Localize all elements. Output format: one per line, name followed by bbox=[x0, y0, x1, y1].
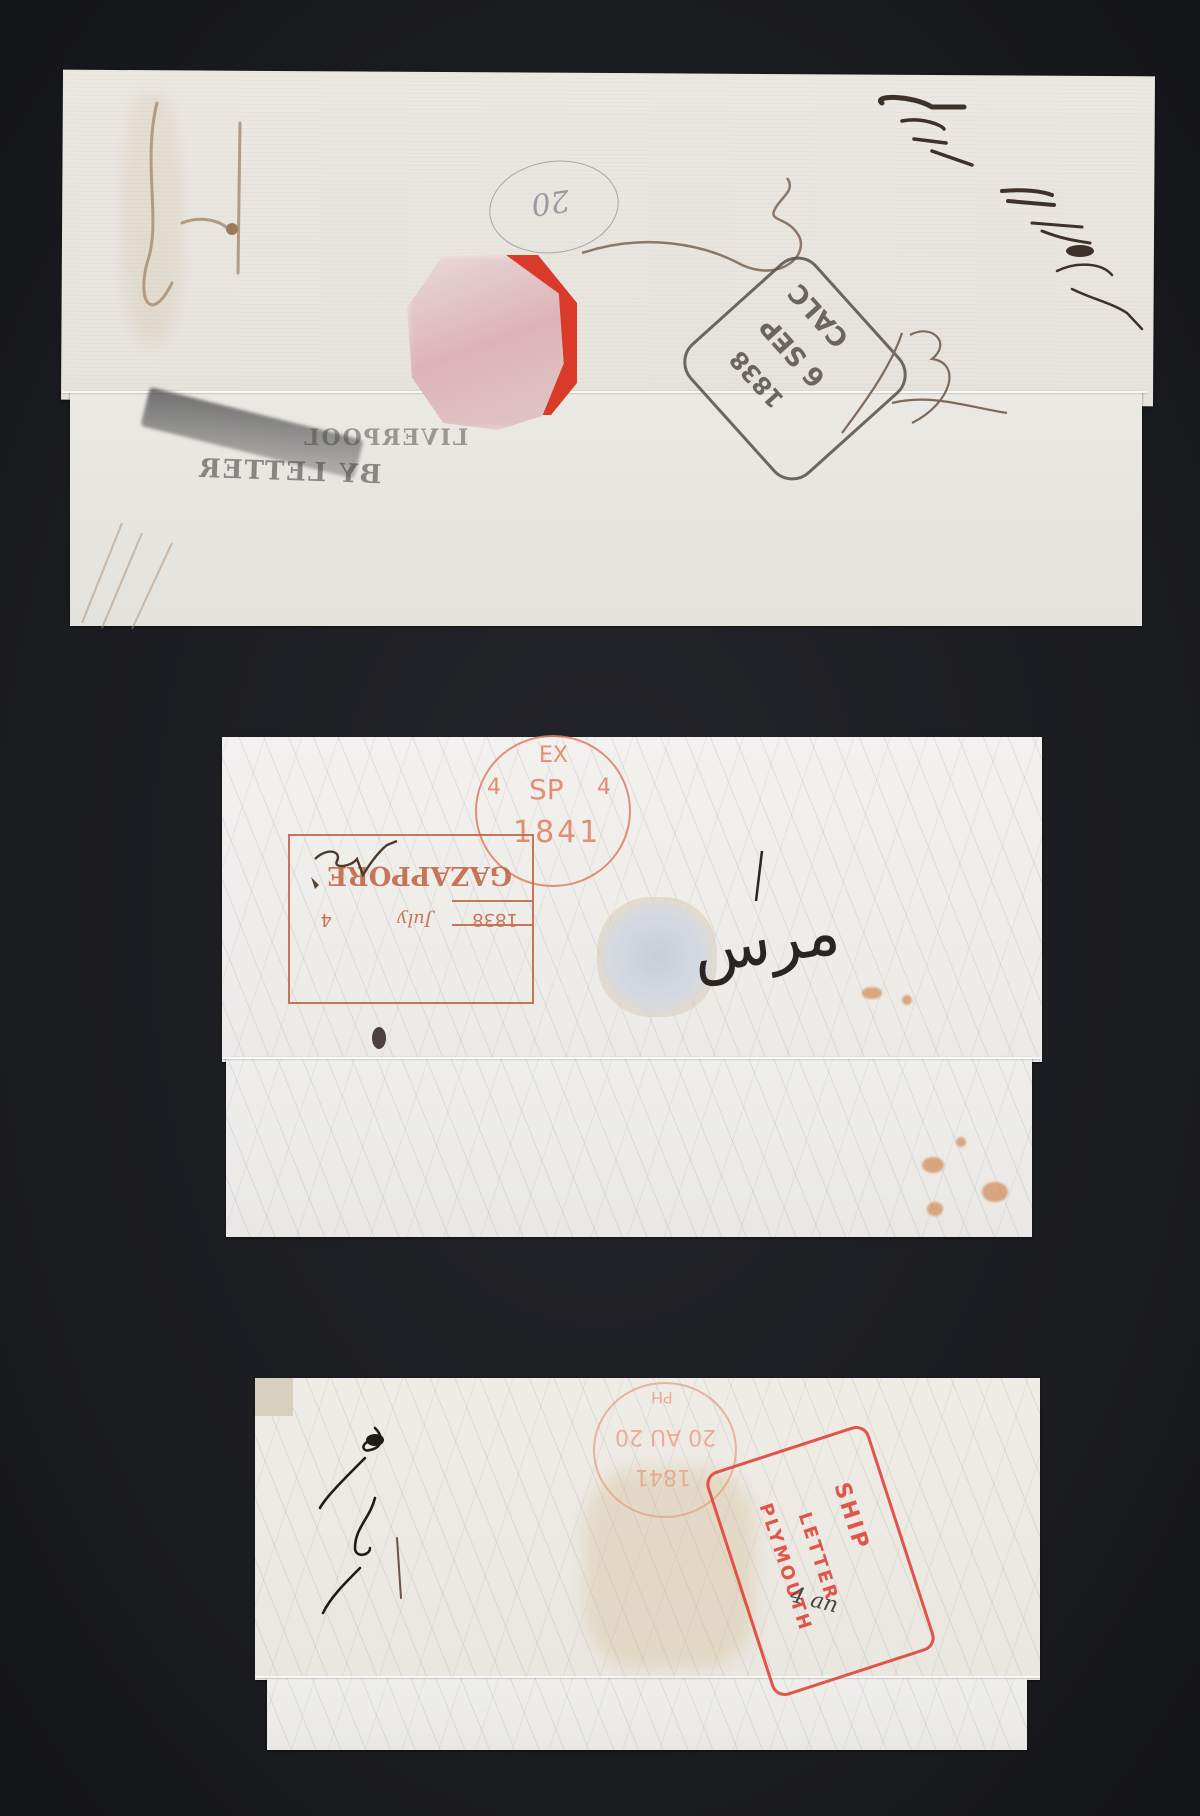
cds-month: SP bbox=[529, 773, 564, 806]
postal-cover-bottom: PH 20 AU 20 1841 SHIP LETTER PLYMOUTH 4 … bbox=[255, 1378, 1040, 1750]
cds-right-day: 4 bbox=[597, 775, 611, 800]
cds-top: EX bbox=[539, 743, 568, 768]
manuscript-paid-mark bbox=[307, 837, 417, 892]
pen-stroke bbox=[742, 847, 772, 907]
stamp-day: 4 bbox=[321, 909, 332, 930]
stamp-year: 1838 bbox=[472, 909, 518, 930]
foxing-spot bbox=[922, 1157, 944, 1173]
cds-left-day: 4 bbox=[487, 775, 501, 800]
script-handwriting-strokes bbox=[315, 1418, 415, 1618]
faint-cds-date: 20 AU 20 bbox=[615, 1424, 716, 1449]
faint-cds-top: PH bbox=[651, 1388, 673, 1407]
foxing-spot bbox=[862, 987, 882, 999]
stamp-line-1: SHIP bbox=[828, 1479, 874, 1554]
ink-blot bbox=[372, 1027, 386, 1049]
foxing-spot bbox=[927, 1202, 943, 1216]
postal-cover-middle: EX 4 SP 4 1841 GAZAPPORE 1838 July 4 pai… bbox=[222, 737, 1042, 1247]
manuscript-rate-3-second bbox=[832, 323, 1012, 443]
wax-seal bbox=[407, 255, 577, 430]
manuscript-strokes-left bbox=[112, 83, 272, 363]
by-letter-handstamp: BY LETTER bbox=[197, 454, 382, 490]
cover-lower-panel bbox=[267, 1678, 1027, 1750]
faded-strokes bbox=[62, 503, 202, 633]
oval-mark-number: 20 bbox=[529, 182, 572, 222]
postal-cover-top: Major W. McL. Smith 20 3 CALC 6 SEP 1838… bbox=[62, 73, 1154, 633]
town-handstamp: LIVERPOOL bbox=[302, 425, 468, 451]
fold-line bbox=[255, 1676, 1040, 1678]
torn-corner bbox=[255, 1378, 293, 1416]
fold-line bbox=[222, 1057, 1040, 1059]
foxing-spot bbox=[902, 995, 912, 1005]
stamp-month: July bbox=[397, 909, 432, 930]
cover-lower-panel bbox=[226, 1057, 1032, 1237]
foxing-spot bbox=[956, 1137, 966, 1147]
foxing-spot bbox=[982, 1182, 1008, 1202]
